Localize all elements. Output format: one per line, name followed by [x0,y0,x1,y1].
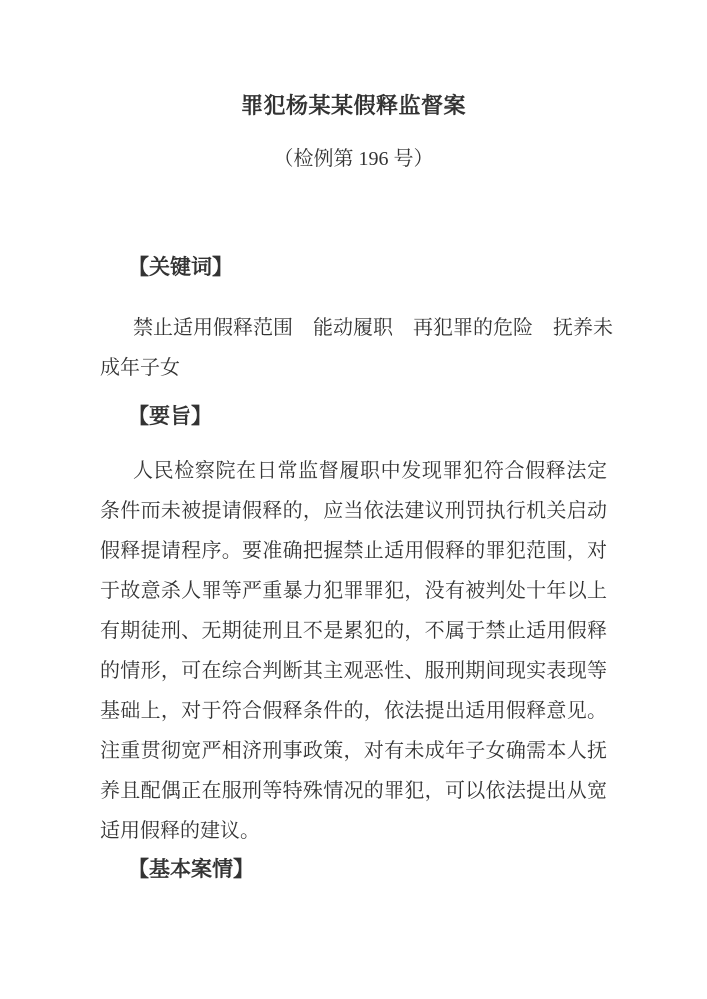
keywords-list: 禁止适用假释范围 能动履职 再犯罪的危险 抚养未成年子女 [100,308,617,388]
document-title: 罪犯杨某某假释监督案 [100,0,607,120]
section-heading-gist: 【要旨】 [100,398,607,436]
gist-paragraph: 人民检察院在日常监督履职中发现罪犯符合假释法定条件而未被提请假释的，应当依法建议… [100,451,607,851]
document-page: 罪犯杨某某假释监督案 （检例第 196 号） 【关键词】 禁止适用假释范围 能动… [0,0,707,999]
section-heading-basic-facts: 【基本案情】 [100,851,607,889]
section-heading-keywords: 【关键词】 [100,249,607,287]
case-number: （检例第 196 号） [100,146,607,172]
